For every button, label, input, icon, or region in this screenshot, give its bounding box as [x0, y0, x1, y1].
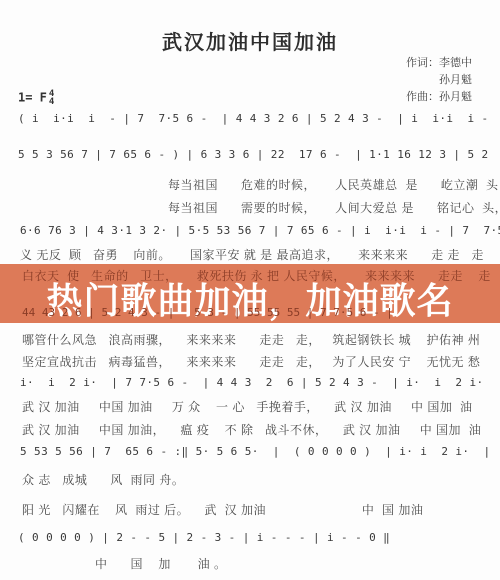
lyric-line: 武 汉 加油 中国 加油， 瘟 疫 不 除 战斗不休， 武 汉 加油 中 国加 … [22, 421, 481, 438]
lyric-line: 义 无反 顾 奋勇 向前。 国家平安 就 是 最高追求， 来来来来 走 走 走 [20, 246, 484, 263]
notation-line: 5 53 5 56 | 7 65 6 - :‖ 5· 5 6 5· | ( 0 … [20, 445, 491, 458]
notation-line: i· i 2 i· | 7 7·5 6 - | 4 4 3 2 6 | 5 2 … [20, 376, 500, 389]
lyric-line: 每当祖国 需要的时候， 人间大爱总 是 铭记心 头， [168, 199, 500, 216]
lyric-line: 中 国 加 油 。 [95, 555, 227, 572]
composer-line: 作曲：孙月魁 [406, 89, 472, 106]
lyricist-line: 作词：李德中 [406, 55, 472, 72]
page-title: 武汉加油中国加油 [0, 26, 500, 55]
lyric-line: 武 汉 加油 中国 加油 万 众 一 心 手挽着手， 武 汉 加油 中 国加 油 [22, 398, 473, 415]
lyric-line: 坚定宣战抗击 病毒猛兽， 来来来来 走走 走， 为了人民安 宁 无忧无 愁 [22, 353, 480, 370]
time-signature: 44 [49, 90, 54, 106]
key-signature: 1= F44 [18, 90, 54, 106]
credits-block: 作词：李德中 孙月魁 作曲：孙月魁 [406, 55, 472, 106]
lyric-line: 众 志 成城 风 雨同 舟。 [22, 471, 184, 488]
caption-banner: 白衣天 使 生命的 卫士， 救死扶伤 永 把 人民守候， 来来来来 走走 走 热… [0, 264, 500, 323]
key-label: 1= F [18, 91, 47, 105]
lyric-line: 阳 光 闪耀在 风 雨过 后。 武 汉 加油 中 国 加油 [22, 501, 423, 518]
lyric-line: 哪管什么风急 浪高雨骤， 来来来来 走走 走， 筑起钢铁长 城 护佑神 州 [22, 331, 480, 348]
notation-line: 6·6 76 3 | 4 3·1 3 2· | 5·5 53 56 7 | 7 … [20, 224, 500, 237]
notation-line: ( 0 0 0 0 ) | 2 - - 5 | 2 - 3 - | i - - … [18, 531, 390, 544]
banner-overlaid-notation-line: 44 43 2 6 | 5 2 4 3 - | 5 3 - | 55 55 55… [22, 306, 393, 319]
lyricist-line-2: 孙月魁 [406, 72, 472, 89]
time-signature-bottom: 4 [49, 97, 54, 107]
lyric-line: 每当祖国 危难的时候， 人民英雄总 是 屹立潮 头 [168, 176, 499, 193]
notation-line: 5 5 3 56 7 | 7 65 6 - ) | 6 3 3 6 | 22 1… [18, 148, 500, 161]
notation-line: ( i i·i i - | 7 7·5 6 - | 4 4 3 2 6 | 5 … [18, 112, 500, 125]
sheet-music-page: 武汉加油中国加油 作词：李德中 孙月魁 作曲：孙月魁 1= F44 ( i i·… [0, 0, 500, 580]
